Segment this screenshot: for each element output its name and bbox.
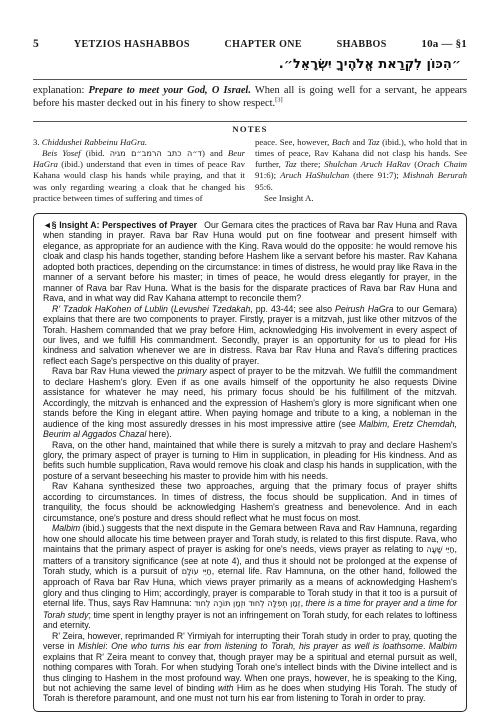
tractate-label: SHABBOS [337,39,387,50]
insight-paragraph: R' Tzadok HaKohen of Lublin (Levushei Tz… [43,304,457,367]
note-continuation: peace. See, however, Bach and Taz (ibid.… [255,137,467,193]
note-see-reference: See Insight A. [255,193,467,204]
hebrew-verse: ״הִכּוֹן לִקְרַאת אֱלֹהֶיךָ יִשְׂרָאֵל״. [33,57,467,72]
insight-paragraph: Rava, on the other hand, maintained that… [43,440,457,482]
insight-paragraph: Rav Kahana synthesized these two approac… [43,481,457,523]
insight-box: ◄§ Insight A: Perspectives of Prayer Our… [33,213,467,712]
page-number: 5 [33,38,39,50]
divider-rule-top [33,79,467,80]
book-page: 5 YETZIOS HASHABBOS CHAPTER ONE SHABBOS … [0,0,500,720]
page-content: 5 YETZIOS HASHABBOS CHAPTER ONE SHABBOS … [33,0,467,712]
insight-paragraph: R' Zeira, however, reprimanded R' Yirmiy… [43,631,457,704]
note-body: Beis Yosef (ibid. ד״ה כתב הרמב״ם מגיה) a… [33,148,245,204]
insight-paragraph: ◄§ Insight A: Perspectives of Prayer Our… [43,220,457,304]
insight-paragraph: Rava bar Rav Huna viewed the primary asp… [43,366,457,439]
folio-reference: 10a — §1 [421,38,467,50]
notes-section: 3. Chiddushei Rabbeinu HaGra. Beis Yosef… [33,137,467,204]
chapter-label: CHAPTER ONE [225,39,302,50]
running-header: 5 YETZIOS HASHABBOS CHAPTER ONE SHABBOS … [33,38,467,50]
explanation-paragraph: explanation: Prepare to meet your God, O… [33,84,467,110]
divider-rule-notes [33,121,467,122]
note-column-right: peace. See, however, Bach and Taz (ibid.… [255,137,467,204]
book-title: YETZIOS HASHABBOS [74,39,190,50]
notes-heading: NOTES [33,124,467,134]
note-column-left: 3. Chiddushei Rabbeinu HaGra. Beis Yosef… [33,137,245,204]
note-title: 3. Chiddushei Rabbeinu HaGra. [33,137,245,148]
insight-paragraph: Malbim (ibid.) suggests that the next di… [43,523,457,631]
